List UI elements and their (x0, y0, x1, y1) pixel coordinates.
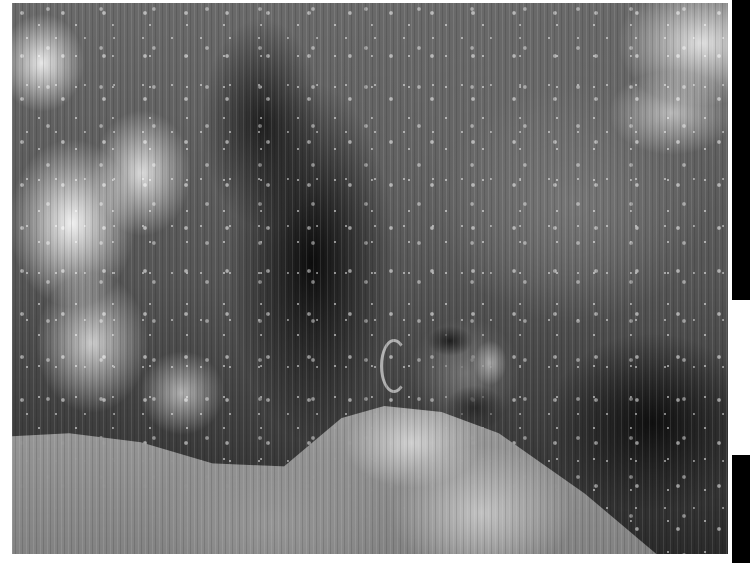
photograph (12, 3, 728, 554)
photo-frame (0, 0, 750, 563)
black-edge-strip (732, 0, 750, 563)
edge-strip-gap (732, 300, 750, 455)
